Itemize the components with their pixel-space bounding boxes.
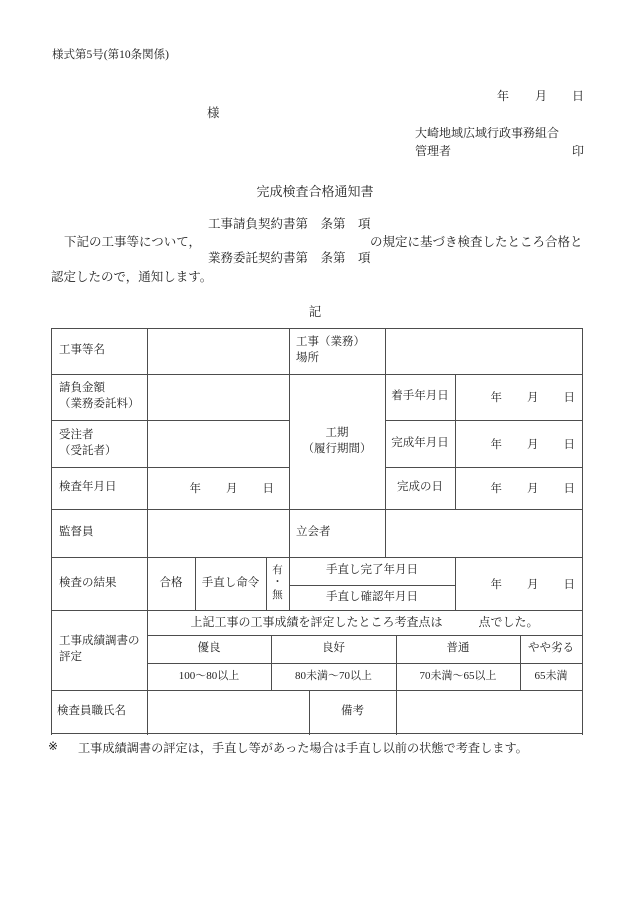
form-number: 様式第5号(第10条関係) — [52, 46, 169, 62]
range-futsu: 70未満～65以上 — [396, 663, 520, 690]
document-title: 完成検査合格通知書 — [207, 181, 423, 200]
table-grid-line — [385, 328, 386, 558]
body-closing: 認定したので，通知します。 — [51, 267, 212, 285]
table-grid-line — [309, 690, 310, 735]
label-koji-name: 工事等名 — [51, 328, 147, 374]
label-kensa-nengappi: 検査年月日 — [51, 467, 147, 509]
table-grid-line — [51, 509, 583, 510]
table-grid-line — [289, 585, 456, 586]
chakushu-day: 日 — [564, 389, 576, 405]
kansei-no-hi-month: 月 — [527, 480, 539, 496]
table-grid-line — [51, 557, 583, 558]
hyotei-sentence: 上記工事の工事成績を評定したところ考査点は 点でした。 — [147, 610, 582, 635]
tachiaisha-value-cell — [386, 509, 582, 557]
grade-futsu: 普通 — [396, 635, 520, 663]
label-kansei-no-hi: 完成の日 — [385, 467, 455, 509]
kensa-date-cell: 年月日 — [148, 467, 289, 509]
tenaoshi-day: 日 — [564, 576, 576, 592]
ukeoi-kingaku-value-cell — [148, 374, 288, 420]
organization-name: 大崎地域広域行政事務組合 — [415, 124, 559, 141]
table-grid-line — [455, 557, 456, 611]
grade-ryoko: 良好 — [271, 635, 396, 663]
label-goukaku: 合格 — [147, 557, 195, 610]
header-date-day: 日 — [572, 87, 584, 104]
table-grid-line — [385, 467, 583, 468]
koji-name-value-cell — [148, 328, 288, 374]
kensa-month: 月 — [226, 480, 238, 496]
label-tenaoshi-kanryo: 手直し完了年月日 — [289, 557, 455, 585]
kansei-year: 年 — [491, 436, 503, 452]
ari-label: 有 — [272, 565, 283, 578]
body-intro: 下記の工事等について， — [64, 232, 201, 250]
record-mark: 記 — [283, 302, 347, 320]
header-date-month: 月 — [535, 87, 547, 104]
table-grid-line — [195, 557, 196, 611]
range-ryoko: 80未満～70以上 — [271, 663, 396, 690]
kensa-day: 日 — [263, 480, 275, 496]
range-yuryo: 100～80以上 — [147, 663, 271, 690]
table-grid-line — [271, 635, 272, 691]
body-after-contract: の規定に基づき検査したところ合格と — [370, 232, 583, 250]
table-grid-line — [266, 557, 267, 611]
table-grid-line — [147, 663, 583, 664]
table-grid-line — [147, 328, 148, 735]
kansei-no-hi-year: 年 — [491, 480, 503, 496]
tenaoshi-year: 年 — [491, 576, 503, 592]
kensa-year: 年 — [190, 480, 202, 496]
table-grid-line — [520, 635, 521, 691]
label-koji-basho: 工事（業務） 場所 — [289, 328, 385, 374]
juchusha-value-cell — [148, 420, 288, 467]
ari-nashi-cell: 有 ・ 無 — [266, 557, 289, 610]
label-chakushu-nengappi: 着手年月日 — [385, 374, 455, 420]
label-ukeoi-kingaku: 請負金額 （業務委託料） — [51, 374, 147, 420]
label-kansei-nengappi: 完成年月日 — [385, 420, 455, 467]
kensain-value-cell — [148, 690, 309, 734]
grade-yuryo: 優良 — [147, 635, 271, 663]
table-grid-line — [51, 374, 583, 375]
nashi-label: 無 — [272, 590, 283, 603]
label-tenaoshi-kakunin: 手直し確認年月日 — [289, 585, 455, 610]
header-date-year: 年 — [497, 87, 509, 104]
table-grid-line — [51, 467, 290, 468]
table-grid-line — [289, 328, 290, 611]
tenaoshi-date-cell: 年月日 — [455, 557, 582, 610]
label-kensa-no-kekka: 検査の結果 — [51, 557, 147, 610]
table-grid-line — [455, 374, 456, 510]
table-grid-line — [51, 733, 583, 734]
range-yaya-otoru: 65未満 — [520, 663, 582, 690]
table-grid-line — [385, 420, 583, 421]
table-grid-line — [51, 610, 583, 611]
koji-basho-value-cell — [386, 328, 582, 374]
contract-option-1: 工事請負契約書第 条第 項 — [208, 214, 371, 232]
biko-value-cell — [397, 690, 582, 734]
table-grid-line — [147, 635, 583, 636]
table-grid-line — [51, 420, 290, 421]
footnote-text: 工事成績調書の評定は，手直し等があった場合は手直し以前の状態で考査します。 — [78, 739, 528, 756]
footnote-mark: ※ — [48, 739, 58, 754]
kansei-no-hi-day: 日 — [564, 480, 576, 496]
tenaoshi-month: 月 — [527, 576, 539, 592]
chakushu-month: 月 — [527, 389, 539, 405]
label-kantokuin: 監督員 — [51, 509, 147, 557]
manager-label: 管理者 — [415, 142, 451, 159]
kansei-day: 日 — [564, 436, 576, 452]
seal-label: 印 — [572, 142, 584, 159]
ari-nashi-dot: ・ — [272, 577, 283, 590]
label-juchusha: 受注者 （受託者） — [51, 420, 147, 467]
kansei-no-hi-date-cell: 年月日 — [455, 467, 582, 509]
contract-option-2: 業務委託契約書第 条第 項 — [208, 248, 371, 266]
table-grid-line — [396, 635, 397, 735]
kansei-date-cell: 年月日 — [455, 420, 582, 467]
label-seiseki-hyotei: 工事成績調書の 評定 — [51, 610, 147, 690]
grade-yaya-otoru: やや劣る — [520, 635, 582, 663]
kansei-month: 月 — [527, 436, 539, 452]
table-grid-line — [582, 328, 583, 735]
chakushu-year: 年 — [491, 389, 503, 405]
label-biko: 備考 — [309, 690, 396, 734]
table-grid-line — [51, 690, 583, 691]
chakushu-date-cell: 年月日 — [455, 374, 582, 420]
addressee-suffix: 様 — [207, 103, 220, 121]
document-page: 様式第5号(第10条関係) 年 月 日 様 大崎地域広域行政事務組合 管理者 印… — [0, 0, 630, 915]
label-tenaoshi-meirei: 手直し命令 — [195, 557, 266, 610]
label-kouki: 工期 （履行期間） — [289, 374, 385, 509]
kantokuin-value-cell — [148, 509, 288, 557]
label-kensain-shokushimei: 検査員職氏名 — [51, 690, 147, 734]
table-grid-line — [51, 328, 583, 329]
table-grid-line — [51, 328, 52, 735]
label-tachiaisha: 立会者 — [289, 509, 385, 557]
